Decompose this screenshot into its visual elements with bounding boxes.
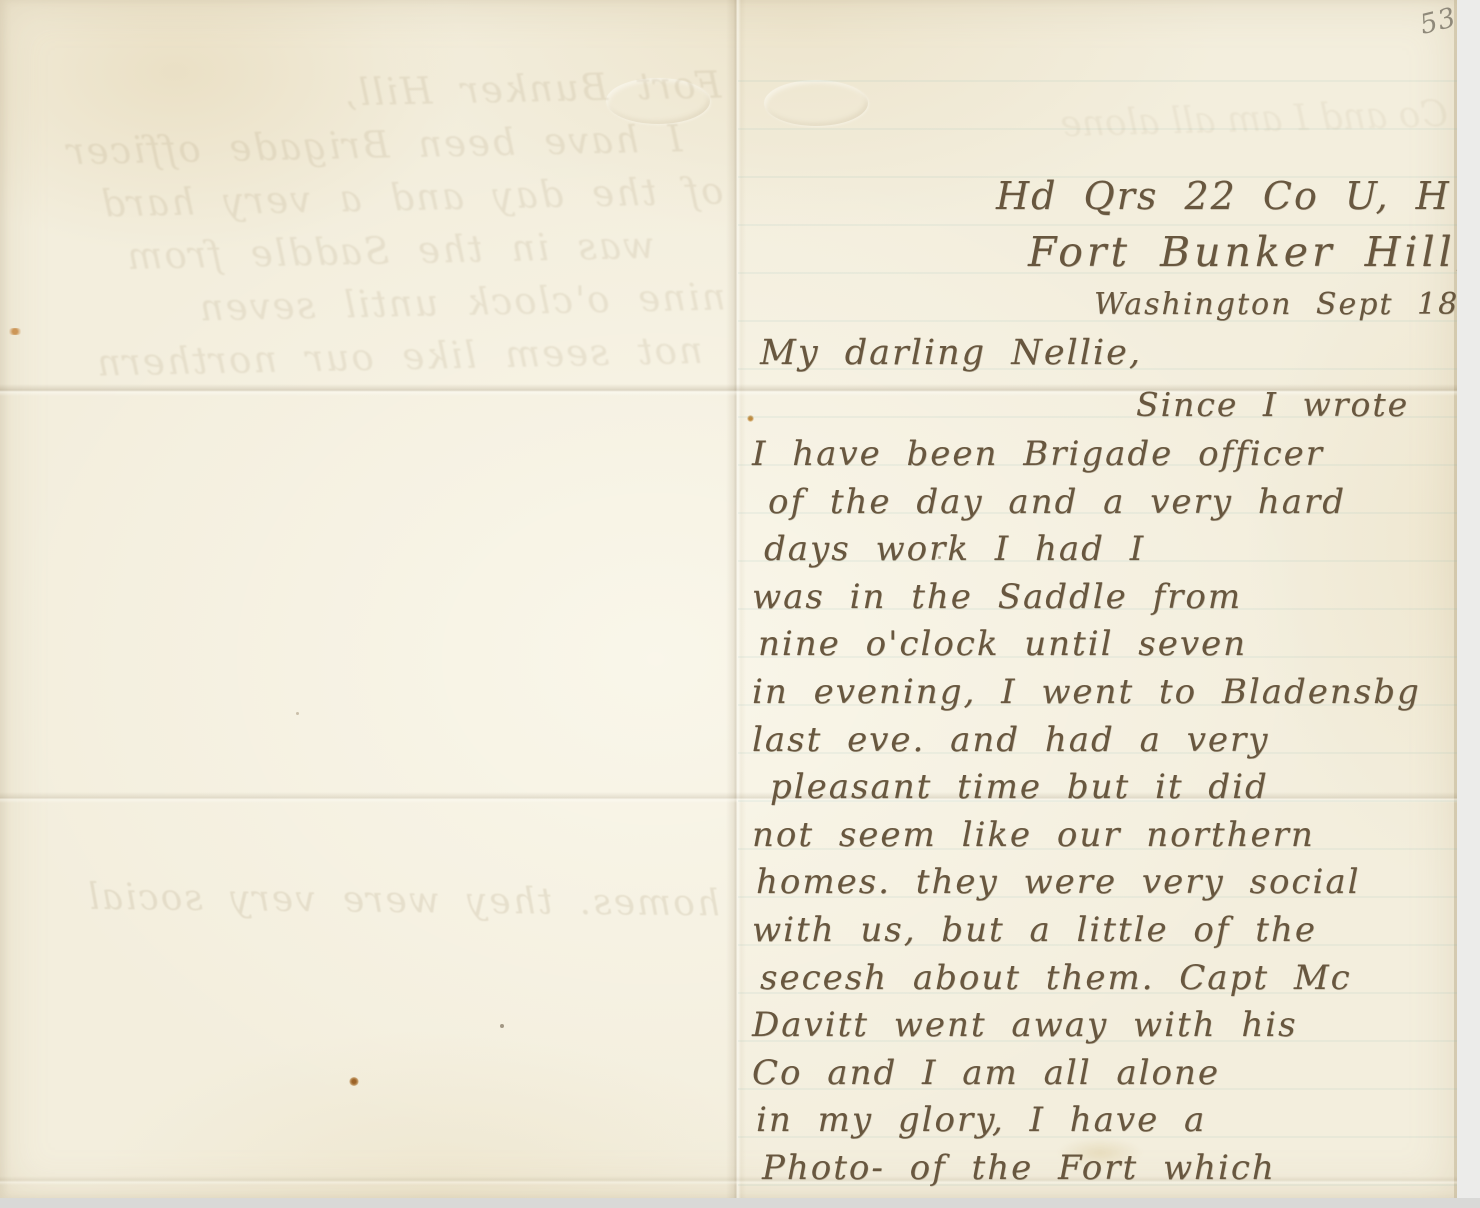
letter-scan: Fort Bunker Hill, I have been Brigade of…	[0, 0, 1480, 1208]
scanner-background-bottom	[0, 1198, 1480, 1208]
letter-heading-location: Fort Bunker Hill,	[1028, 228, 1457, 276]
letter-body-line: last eve. and had a very	[752, 717, 1457, 765]
letter-body-line: was in the Saddle from	[752, 574, 1457, 622]
letter-opening-phrase: Since I wrote	[1136, 385, 1409, 424]
bleed-through-text-header: Co and I am all alone	[767, 87, 1448, 161]
letter-body-line: Davitt went away with his	[752, 1002, 1457, 1050]
letter-paper: Fort Bunker Hill, I have been Brigade of…	[0, 0, 1457, 1198]
letter-body-line: with us, but a little of the	[752, 907, 1457, 955]
letter-body-line: not seem like our northern	[752, 812, 1457, 860]
bleed-through-text-lower: homes. they were very social	[60, 877, 720, 925]
letter-body-line: Co and I am all alone	[752, 1050, 1457, 1098]
letter-body-line: in evening, I went to Bladensbg	[752, 669, 1457, 717]
letter-body-line: secesh about them. Capt Mc	[760, 955, 1457, 1003]
bleed-through-text: Fort Bunker Hill, I have been Brigade of…	[1, 58, 728, 391]
letter-body: I have been Brigade officer of the day a…	[752, 431, 1457, 1193]
blank-verso-page: Fort Bunker Hill, I have been Brigade of…	[0, 0, 736, 1198]
letter-body-line: days work I had I	[764, 526, 1457, 574]
letter-body-line: homes. they were very social	[756, 859, 1457, 907]
letter-heading-dateline: Washington Sept 18/64	[1094, 287, 1457, 322]
letter-salutation: My darling Nellie,	[760, 333, 1142, 373]
letter-heading-unit: Hd Qrs 22 Co U, H Ay	[996, 174, 1457, 218]
letter-body-line: of the day and a very hard	[768, 479, 1457, 527]
letter-body-line: I have been Brigade officer	[752, 431, 1457, 479]
scanner-background-right	[1457, 0, 1480, 1208]
letter-recto-page: Co and I am all alone Hd Qrs 22 Co U, H …	[738, 0, 1457, 1198]
letter-body-line: pleasant time but it did	[770, 764, 1457, 812]
letter-body-line: in my glory, I have a	[756, 1097, 1457, 1145]
letter-body-line: Photo- of the Fort which	[762, 1145, 1457, 1193]
letter-body-line: nine o'clock until seven	[758, 621, 1457, 669]
